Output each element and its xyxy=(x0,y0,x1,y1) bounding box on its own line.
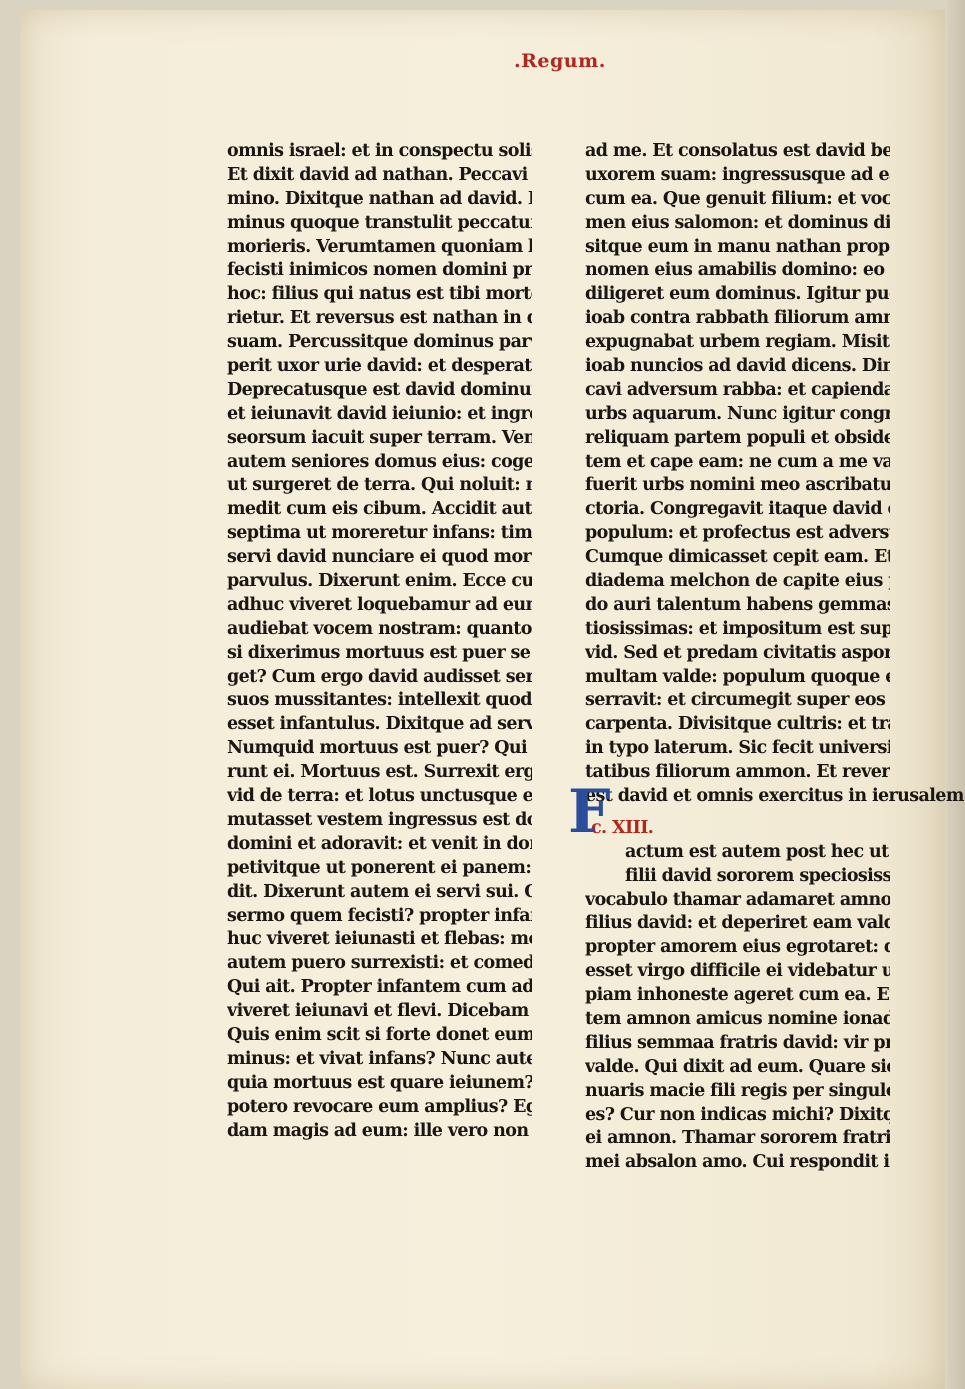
text-line: mino. Dixitque nathan ad david. Do- xyxy=(227,188,532,212)
text-line: vid. Sed et predam civitatis asportavit xyxy=(585,642,890,666)
text-line: Cumque dimicasset cepit eam. Et tulit xyxy=(585,546,890,570)
text-line: tiosissimas: et impositum est super capu… xyxy=(585,618,890,642)
text-line: filius semmaa fratris david: vir prudens xyxy=(585,1032,890,1056)
text-line: dit. Dixerunt autem ei servi sui. Quis e… xyxy=(227,881,532,905)
text-line: sitque eum in manu nathan prophete: et v… xyxy=(585,236,890,260)
text-line: ad me. Et consolatus est david bethsabee xyxy=(585,140,890,164)
text-line: propter amorem eius egrotaret: quia cum xyxy=(585,936,890,960)
text-line: huc viveret ieiunasti et flebas: mortuo xyxy=(227,928,532,952)
text-line: minus quoque transtulit peccatum tuum. N… xyxy=(227,212,532,236)
text-line: tatibus filiorum ammon. Et reversus xyxy=(585,761,890,785)
text-line: suam. Percussitque dominus parvulum quem… xyxy=(227,331,532,355)
text-line: morieris. Verumtamen quoniam blasphemare xyxy=(227,236,532,260)
text-line: multam valde: populum quoque eius adduce… xyxy=(585,666,890,690)
text-line: nuaris macie fili regis per singulos di- xyxy=(585,1080,890,1104)
text-line: mutasset vestem ingressus est domum xyxy=(227,809,532,833)
text-line: septima ut moreretur infans: timueruntqu… xyxy=(227,522,532,546)
text-line: in typo laterum. Sic fecit universis civ… xyxy=(585,737,890,761)
text-line: sermo quem fecisti? propter infantem cum… xyxy=(227,905,532,929)
text-line: Qui ait. Propter infantem cum adhuc xyxy=(227,976,532,1000)
text-line: Quis enim scit si forte donet eum michi … xyxy=(227,1024,532,1048)
text-line: filius david: et deperiret eam valde: it… xyxy=(585,912,890,936)
text-line: get? Cum ergo david audisset servos xyxy=(227,666,532,690)
text-line: seorsum iacuit super terram. Venerunt xyxy=(227,427,532,451)
text-line: servi david nunciare ei quod mortuus ess… xyxy=(227,546,532,570)
text-line: actum est autem post hec ut absalon xyxy=(585,841,890,865)
text-line: minus: et vivat infans? Nunc autem xyxy=(227,1048,532,1072)
text-line: men eius salomon: et dominus dilexit eum… xyxy=(585,212,890,236)
decorated-initial: F xyxy=(568,787,620,837)
text-line: rietur. Et reversus est nathan in domum xyxy=(227,307,532,331)
text-line: esset infantulus. Dixitque ad servos suo… xyxy=(227,713,532,737)
text-line: diadema melchon de capite eius pon- xyxy=(585,570,890,594)
text-line: uxorem suam: ingressusque ad eam dormivi… xyxy=(585,164,890,188)
text-line: ei amnon. Thamar sororem fratris xyxy=(585,1127,890,1151)
text-line: parvulus. Dixerunt enim. Ecce cum parvul… xyxy=(227,570,532,594)
text-line: ioab contra rabbath filiorum ammon: et xyxy=(585,307,890,331)
text-line: populum: et profectus est adversum rabba… xyxy=(585,522,890,546)
text-line: dam magis ad eum: ille vero non revertet… xyxy=(227,1120,532,1144)
page-edge xyxy=(947,0,965,1389)
text-line: autem puero surrexisti: et comedisti pan… xyxy=(227,952,532,976)
right-column: ad me. Et consolatus est david bethsabee… xyxy=(585,140,890,1175)
text-line: ctoria. Congregavit itaque david omnem xyxy=(585,498,890,522)
text-line: filii david sororem speciosissimam xyxy=(585,865,890,889)
text-line: si dixerimus mortuus est puer se affli- xyxy=(227,642,532,666)
text-line: vocabulo thamar adamaret amnon xyxy=(585,889,890,913)
text-line: fuerit urbs nomini meo ascribatur vi- xyxy=(585,474,890,498)
text-line: autem seniores domus eius: cogentes eum xyxy=(227,451,532,475)
text-line: mei absalon amo. Cui respondit ionadab. xyxy=(585,1151,890,1175)
text-line: urbs aquarum. Nunc igitur congrega xyxy=(585,403,890,427)
text-line: et ieiunavit david ieiunio: et ingressus xyxy=(227,403,532,427)
text-line: reliquam partem populi et obside civita- xyxy=(585,427,890,451)
text-line: vid de terra: et lotus unctusque est. Cu… xyxy=(227,785,532,809)
text-line: viveret ieiunavi et flevi. Dicebam enim. xyxy=(227,1000,532,1024)
text-line: tem et cape eam: ne cum a me vastata xyxy=(585,451,890,475)
left-column: omnis israel: et in conspectu solis huiu… xyxy=(227,140,532,1143)
text-line: piam inhoneste ageret cum ea. Erat au- xyxy=(585,984,890,1008)
text-line: valde. Qui dixit ad eum. Quare sic atte- xyxy=(585,1056,890,1080)
text-line: es? Cur non indicas michi? Dixitque xyxy=(585,1104,890,1128)
text-line: audiebat vocem nostram: quanto magis xyxy=(227,618,532,642)
text-line: potero revocare eum amplius? Ego va- xyxy=(227,1096,532,1120)
text-line: do auri talentum habens gemmas pre- xyxy=(585,594,890,618)
text-line: diligeret eum dominus. Igitur pugnabat xyxy=(585,283,890,307)
text-line: Deprecatusque est david dominum pro parv… xyxy=(227,379,532,403)
text-line: cavi adversum rabba: et capienda est xyxy=(585,379,890,403)
text-line: tem amnon amicus nomine ionadab xyxy=(585,1008,890,1032)
text-line: perit uxor urie david: et desperatus est… xyxy=(227,355,532,379)
text-line: carpenta. Divisitque cultris: et traduxi… xyxy=(585,713,890,737)
text-line: nomen eius amabilis domino: eo quod xyxy=(585,259,890,283)
text-line: domini et adoravit: et venit in domum su… xyxy=(227,833,532,857)
text-line: medit cum eis cibum. Accidit autem die xyxy=(227,498,532,522)
text-line: omnis israel: et in conspectu solis huiu… xyxy=(227,140,532,164)
text-line: suos mussitantes: intellexit quod mortuu… xyxy=(227,689,532,713)
text-line: ut surgeret de terra. Qui noluit: neque … xyxy=(227,474,532,498)
text-line: petivitque ut ponerent ei panem: et come… xyxy=(227,857,532,881)
text-line: cum ea. Que genuit filium: et vocavit no… xyxy=(585,188,890,212)
text-line: expugnabat urbem regiam. Misitque xyxy=(585,331,890,355)
text-line: adhuc viveret loquebamur ad eum: et non xyxy=(227,594,532,618)
text-line: hoc: filius qui natus est tibi morte mo- xyxy=(227,283,532,307)
text-line: quia mortuus est quare ieiunem? Numquid xyxy=(227,1072,532,1096)
text-line: ioab nuncios ad david dicens. Dimi- xyxy=(585,355,890,379)
text-line: Et dixit david ad nathan. Peccavi do- xyxy=(227,164,532,188)
text-line: Numquid mortuus est puer? Qui respon- xyxy=(227,737,532,761)
running-title: .Regum. xyxy=(514,50,606,72)
text-line: fecisti inimicos nomen domini propter ve… xyxy=(227,259,532,283)
text-line: runt ei. Mortuus est. Surrexit ergo da- xyxy=(227,761,532,785)
text-line: serravit: et circumegit super eos ferrat… xyxy=(585,689,890,713)
text-line: est david et omnis exercitus in ierusale… xyxy=(585,785,965,809)
text-line: esset virgo difficile ei videbatur ut qu… xyxy=(585,960,890,984)
